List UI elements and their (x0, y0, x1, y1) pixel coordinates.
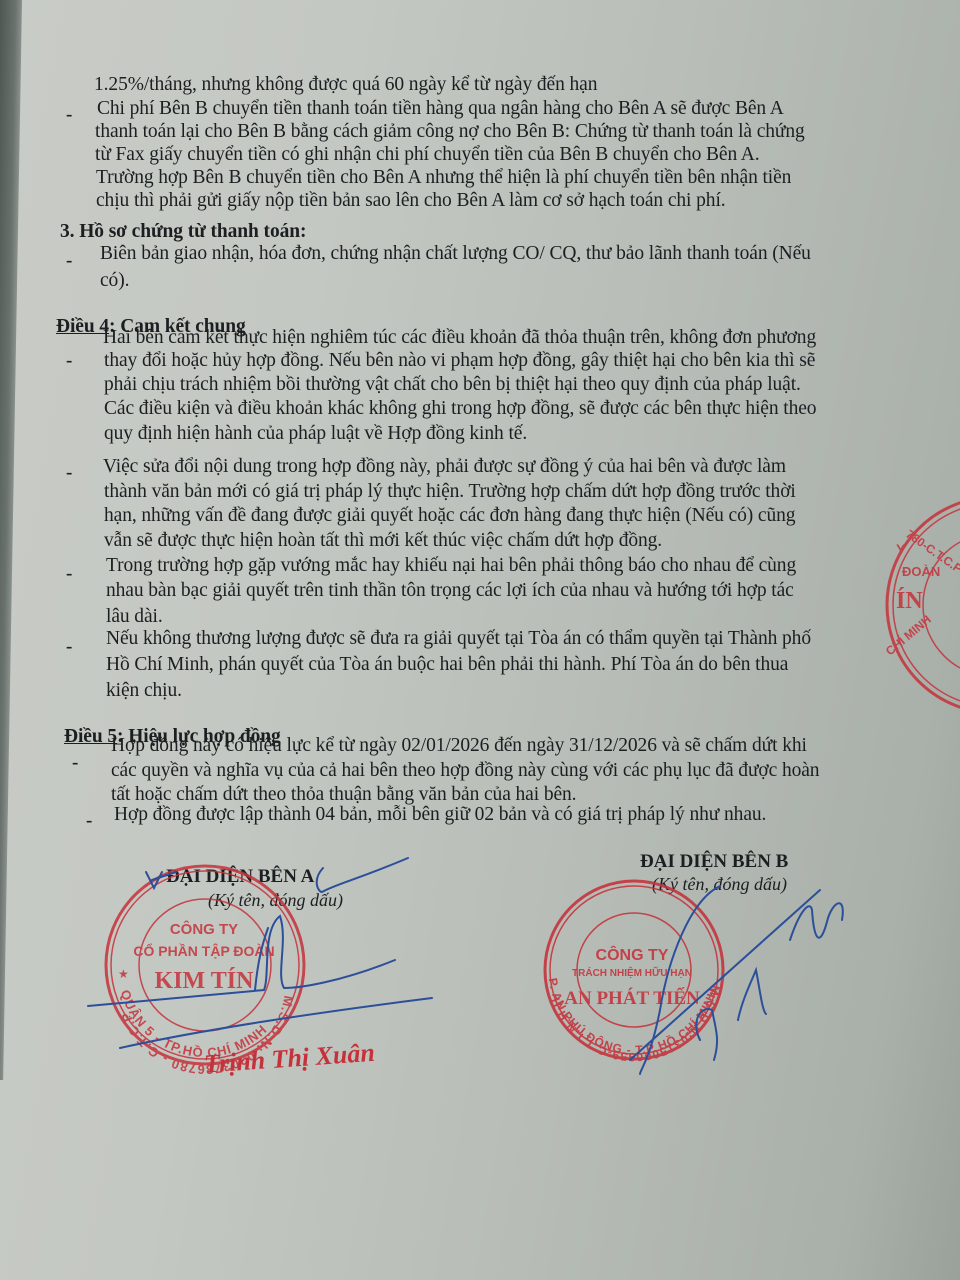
party-a-note: (Ký tên, đóng dấu) (208, 890, 343, 911)
subsection-3-heading: 3. Hồ sơ chứng từ thanh toán: (60, 221, 306, 243)
transfer-fee-line-4: Trường hợp Bên B chuyển tiền cho Bên A n… (96, 167, 791, 189)
a5-b2-line-1: Hợp đồng được lập thành 04 bản, mỗi bên … (114, 804, 766, 826)
svg-text:M.S.D.N:0315000959-C.T.T.N.H.H: M.S.D.N:0315000959-C.T.T.N.H.H (548, 984, 722, 1064)
party-b-handwritten-signature (630, 886, 843, 1074)
a4-b1-line-3: phải chịu trách nhiệm bồi thường vật chấ… (104, 374, 801, 396)
party-a-stamp-ring-text: M.S.D.N: 0303736780 - C.T.C.P (118, 994, 296, 1077)
party-b-stamp-ring-text: M.S.D.N:0315000959-C.T.T.N.H.H (548, 984, 722, 1064)
a4-b1-line-2: thay đổi hoặc hủy hợp đồng. Nếu bên nào … (104, 350, 815, 372)
a4-b2-line-1: Việc sửa đổi nội dung trong hợp đồng này… (103, 456, 786, 478)
margin-stamp-line-2: ĐOÀN (902, 564, 940, 579)
svg-text:P. AN PHÚ ĐÔNG - T.P HỒ CHÍ MI: P. AN PHÚ ĐÔNG - T.P HỒ CHÍ MINH (546, 977, 721, 1057)
bullet-dash: - (66, 350, 72, 372)
article-4-label: Điều 4 (56, 316, 109, 337)
transfer-fee-line-5: chịu thì phải gửi giấy nộp tiền bản sao … (96, 190, 726, 212)
party-b-stamp-line-2: TRÁCH NHIỆM HỮU HẠN (572, 966, 692, 979)
documents-line-1: Biên bản giao nhận, hóa đơn, chứng nhận … (100, 243, 811, 265)
party-b-note: (Ký tên, đóng dấu) (652, 874, 787, 895)
a4-b2-line-3: hạn, những vấn đề đang được giải quyết h… (104, 505, 795, 527)
margin-stamp-line-3: ÍN (896, 588, 923, 614)
party-a-stamp-ring-bottom: QUẬN 5 - TP.HỒ CHÍ MINH (118, 988, 270, 1060)
margin-stamp-ring-bottom: CHÍ MINH (882, 612, 934, 659)
party-b-stamp-line-1: CÔNG TY (596, 945, 669, 964)
bullet-dash: - (72, 752, 78, 774)
a4-b1-line-5: quy định hiện hành của pháp luật về Hợp … (104, 423, 527, 445)
margin-stamp-ring-top: 780-C.T.C.P (903, 527, 960, 576)
transfer-fee-line-2: thanh toán lại cho Bên B bằng cách giảm … (95, 121, 805, 143)
a4-b2-line-4: vẫn sẽ được thực hiện hoàn tất thì mới k… (104, 530, 662, 552)
bullet-dash: - (66, 462, 72, 484)
a4-b1-line-4: Các điều kiện và điều khoản khác không g… (104, 398, 816, 420)
svg-text:★: ★ (118, 967, 129, 981)
late-interest-line: 1.25%/tháng, nhưng không được quá 60 ngà… (94, 74, 597, 96)
party-b-company-stamp: M.S.D.N:0315000959-C.T.T.N.H.H P. AN PHÚ… (545, 881, 723, 1064)
party-a-stamp-line-1: CÔNG TY (170, 920, 238, 938)
bullet-dash: - (66, 104, 72, 126)
a4-b1-line-1: Hai bên cam kết thực hiện nghiêm túc các… (103, 327, 816, 349)
contract-page: 1.25%/tháng, nhưng không được quá 60 ngà… (0, 0, 960, 1280)
documents-line-2: có). (100, 270, 129, 292)
party-a-stamp-line-2: CỔ PHẦN TẬP ĐOÀN (133, 942, 274, 959)
party-a-stamp-line-3: KIM TÍN (155, 968, 255, 994)
a4-b3-line-2: nhau bàn bạc giải quyết trên tinh thần t… (106, 580, 794, 602)
bullet-dash: - (66, 250, 72, 272)
margin-partial-stamp: 780-C.T.C.P CHÍ MINH Y ĐOÀN ÍN (882, 497, 960, 713)
bullet-dash: - (86, 810, 92, 832)
margin-stamp-line-1: Y (896, 541, 906, 557)
a5-b1-line-3: tất hoặc chấm dứt theo thỏa thuận bằng v… (111, 784, 576, 806)
a4-b3-line-1: Trong trường hợp gặp vướng mắc hay khiếu… (106, 555, 796, 577)
a5-b1-line-2: các quyền và nghĩa vụ của cả hai bên the… (111, 760, 819, 782)
svg-text:QUẬN 5 - TP.HỒ CHÍ MINH: QUẬN 5 - TP.HỒ CHÍ MINH (118, 988, 270, 1060)
a4-b2-line-2: thành văn bản mới có giá trị pháp lý thự… (104, 481, 796, 503)
party-b-stamp-ring-bottom: P. AN PHÚ ĐÔNG - T.P HỒ CHÍ MINH (546, 977, 721, 1057)
bullet-dash: - (66, 563, 72, 585)
a4-b4-line-2: Hồ Chí Minh, phán quyết của Tòa án buộc … (106, 654, 788, 676)
svg-text:M.S.D.N: 0303736780 - C.T.C.P: M.S.D.N: 0303736780 - C.T.C.P (118, 994, 296, 1077)
transfer-fee-line-1: Chi phí Bên B chuyển tiền thanh toán tiề… (97, 98, 784, 120)
a4-b4-line-1: Nếu không thương lượng được sẽ đưa ra gi… (106, 628, 811, 650)
party-a-signer-name: Trịnh Thị Xuân (203, 1038, 376, 1079)
bullet-dash: - (66, 636, 72, 658)
article-5-label: Điều 5 (64, 726, 117, 747)
transfer-fee-line-3: từ Fax giấy chuyển tiền có ghi nhận chi … (95, 144, 760, 166)
party-b-stamp-line-3: AN PHÁT TIẾN (564, 987, 700, 1009)
a5-b1-line-1: Hợp đồng này có hiệu lực kể từ ngày 02/0… (111, 735, 807, 757)
party-a-title: ĐẠI DIỆN BÊN A (166, 866, 314, 888)
a4-b4-line-3: kiện chịu. (106, 680, 182, 702)
a4-b3-line-3: lâu dài. (106, 606, 163, 628)
party-b-title: ĐẠI DIỆN BÊN B (640, 851, 788, 873)
